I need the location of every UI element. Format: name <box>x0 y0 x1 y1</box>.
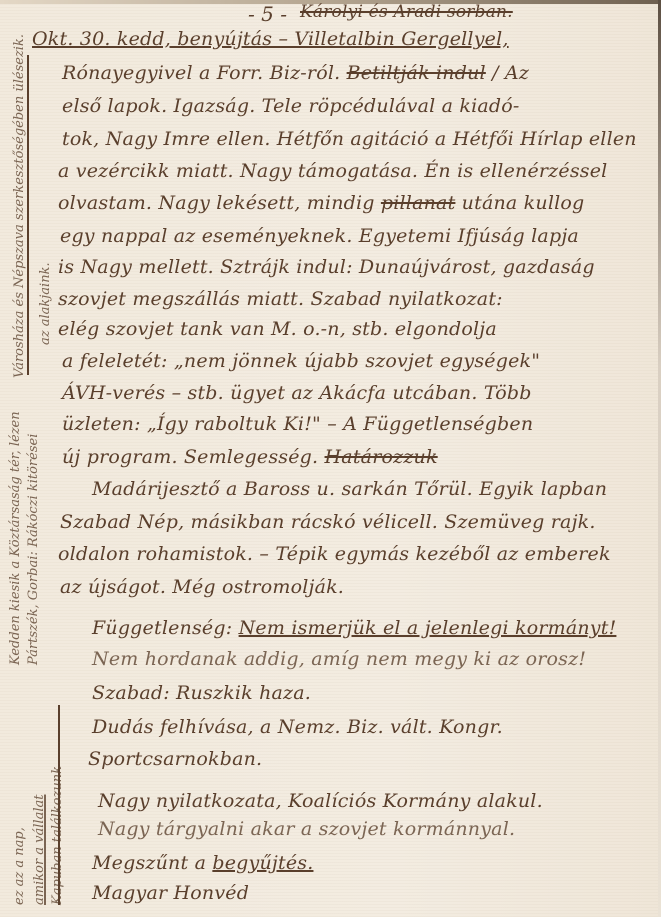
line-11: a feleletét: „nem jönnek újabb szovjet e… <box>62 350 540 372</box>
line-16: Szabad Nép, másikban rácskó vélicell. Sz… <box>60 511 596 533</box>
line-14: új program. Semlegesség. Határozzuk <box>62 446 438 468</box>
line-text: olvastam. Nagy lekésett, mindig <box>58 192 375 214</box>
margin-note-5: ez az a nap, <box>12 827 27 905</box>
underlined-text: Nem ismerjük el a jelenlegi kormányt! <box>239 617 617 639</box>
line-1: Okt. 30. kedd, benyújtás – Villetalbin G… <box>32 28 509 50</box>
page-number: - 5 - <box>248 2 287 26</box>
date-heading: Okt. 30. kedd, benyújtás – Villetalbin G… <box>32 28 509 50</box>
margin-note-4: Pártszék, Gorbai: Rákóczi kitörései <box>26 434 41 665</box>
line-22: Dudás felhívása, a Nemz. Biz. vált. Kong… <box>92 716 503 738</box>
crossed-text: Betiltják indul <box>347 62 486 84</box>
margin-note-2: az alakjaink. <box>38 262 53 345</box>
line-23: Sportcsarnokban. <box>88 748 262 770</box>
line-21: Szabad: Ruszkik haza. <box>92 682 311 704</box>
header-crossed-out: Károlyi és Aradi sorban. <box>300 2 513 22</box>
line-text: új program. Semlegesség. <box>62 446 318 468</box>
line-3: első lapok. Igazság. Tele röpcédulával a… <box>62 95 520 117</box>
line-9: szovjet megszállás miatt. Szabad nyilatk… <box>58 288 503 310</box>
line-24: Nagy nyilatkozata, Koalíciós Kormány ala… <box>98 790 543 812</box>
line-text: Megszűnt a <box>92 852 206 874</box>
manuscript-page: - 5 - Károlyi és Aradi sorban. Okt. 30. … <box>0 0 661 917</box>
line-4: tok, Nagy Imre ellen. Hétfőn agitáció a … <box>62 128 637 150</box>
line-5: a vezércikk miatt. Nagy támogatása. Én i… <box>58 160 607 182</box>
line-17: oldalon rohamistok. – Tépik egymás kezéb… <box>58 543 611 565</box>
line-text: Függetlenség: <box>92 617 232 639</box>
margin-note-3: Kedden kiesik a Köztársaság tér, lézen <box>8 411 23 665</box>
margin-vertical-rule <box>27 55 29 375</box>
line-text-after: utána kullog <box>462 192 585 214</box>
line-13: üzleten: „Így raboltuk Ki!" – A Függetle… <box>62 413 533 435</box>
line-text: Rónayegyivel a Forr. Biz-ról. <box>62 62 340 84</box>
margin-note-text: Városháza és Népszava szerkesztőségében … <box>12 34 27 378</box>
line-27: Magyar Honvéd <box>92 882 249 904</box>
line-8: is Nagy mellett. Sztrájk indul: Dunaújvá… <box>58 256 595 278</box>
line-25: Nagy tárgyalni akar a szovjet kormánnyal… <box>98 818 515 840</box>
line-18: az újságot. Még ostromolják. <box>60 576 344 598</box>
line-15: Madárijesztő a Baross u. sarkán Tőrül. E… <box>92 478 607 500</box>
line-6: olvastam. Nagy lekésett, mindig pillanat… <box>58 192 584 214</box>
line-12: ÁVH-verés – stb. ügyet az Akácfa utcában… <box>62 382 532 404</box>
line-text-after: / Az <box>492 62 529 84</box>
margin-note-1: Városháza és Népszava szerkesztőségében … <box>12 34 27 378</box>
line-10: elég szovjet tank van M. o.-n, stb. elgo… <box>58 318 497 340</box>
crossed-text: Határozzuk <box>325 446 438 468</box>
margin-bracket-rule <box>58 705 60 905</box>
line-26: Megszűnt a begyűjtés. <box>92 852 313 874</box>
crossed-text: pillanat <box>381 192 456 214</box>
line-2: Rónayegyivel a Forr. Biz-ról. Betiltják … <box>62 62 529 84</box>
line-19: Függetlenség: Nem ismerjük el a jelenleg… <box>92 617 616 639</box>
line-7: egy nappal az eseményeknek. Egyetemi Ifj… <box>60 225 579 247</box>
underlined-text: begyűjtés. <box>212 852 313 874</box>
line-20: Nem hordanak addig, amíg nem megy ki az … <box>92 648 586 670</box>
margin-note-6: amikor a vállalat <box>32 795 47 905</box>
